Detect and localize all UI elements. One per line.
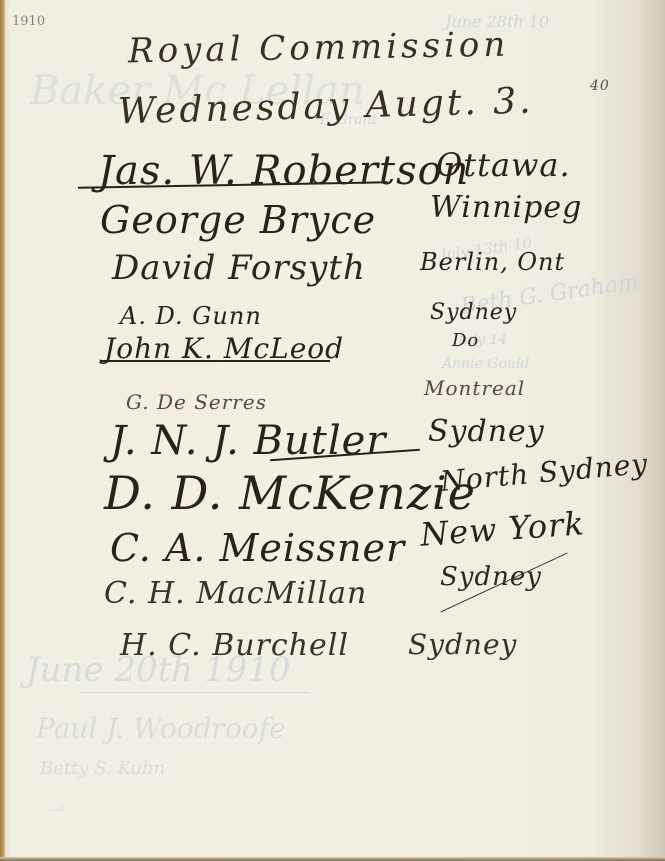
entry-place-8: North Sydney bbox=[439, 447, 649, 498]
entry-name-9: C. A. Meissner bbox=[110, 526, 405, 570]
bleed-through-lower-sig-1: Paul J. Woodroofe bbox=[36, 712, 286, 745]
entry-place-1: Ottawa. bbox=[436, 146, 571, 184]
entry-name-10: C. H. MacMillan bbox=[104, 576, 367, 611]
entry-name-4: A. D. Gunn bbox=[120, 302, 262, 330]
entry-place-4: Sydney bbox=[430, 300, 517, 325]
entry-name-6: G. De Serres bbox=[126, 390, 267, 414]
year-annotation: 1910 bbox=[12, 14, 45, 29]
entry-place-5: Do bbox=[452, 330, 479, 351]
page-bottom-edge bbox=[0, 857, 665, 861]
entry-name-3: David Forsyth bbox=[112, 248, 366, 288]
entry-place-6: Montreal bbox=[424, 376, 525, 400]
page-title: Royal Commission bbox=[128, 25, 510, 72]
entry-name-11: H. C. Burchell bbox=[120, 628, 349, 663]
signature-underline-5 bbox=[100, 360, 330, 362]
bleed-through-lower-sig-3: ...a bbox=[46, 800, 65, 814]
date-superscript: 40 bbox=[590, 78, 610, 94]
bleed-through-lower-sig-2: Betty S. Kuhn bbox=[40, 758, 165, 779]
entry-place-2: Winnipeg bbox=[430, 190, 582, 225]
page-left-binding-edge bbox=[0, 0, 5, 861]
entry-place-3: Berlin, Ont bbox=[420, 248, 565, 276]
entry-name-2: George Bryce bbox=[100, 198, 376, 242]
entry-place-11: Sydney bbox=[408, 628, 517, 661]
entry-name-7: J. N. J. Butler bbox=[110, 418, 386, 464]
bleed-through-right-4: Annie Gould bbox=[442, 356, 529, 372]
entry-name-8: D. D. McKenzie bbox=[104, 466, 476, 520]
entry-place-7: Sydney bbox=[428, 414, 545, 449]
register-page: June 28th 10 Baker Mc Lellan F. Grant Ju… bbox=[0, 0, 665, 861]
bleed-through-underline bbox=[80, 692, 310, 693]
